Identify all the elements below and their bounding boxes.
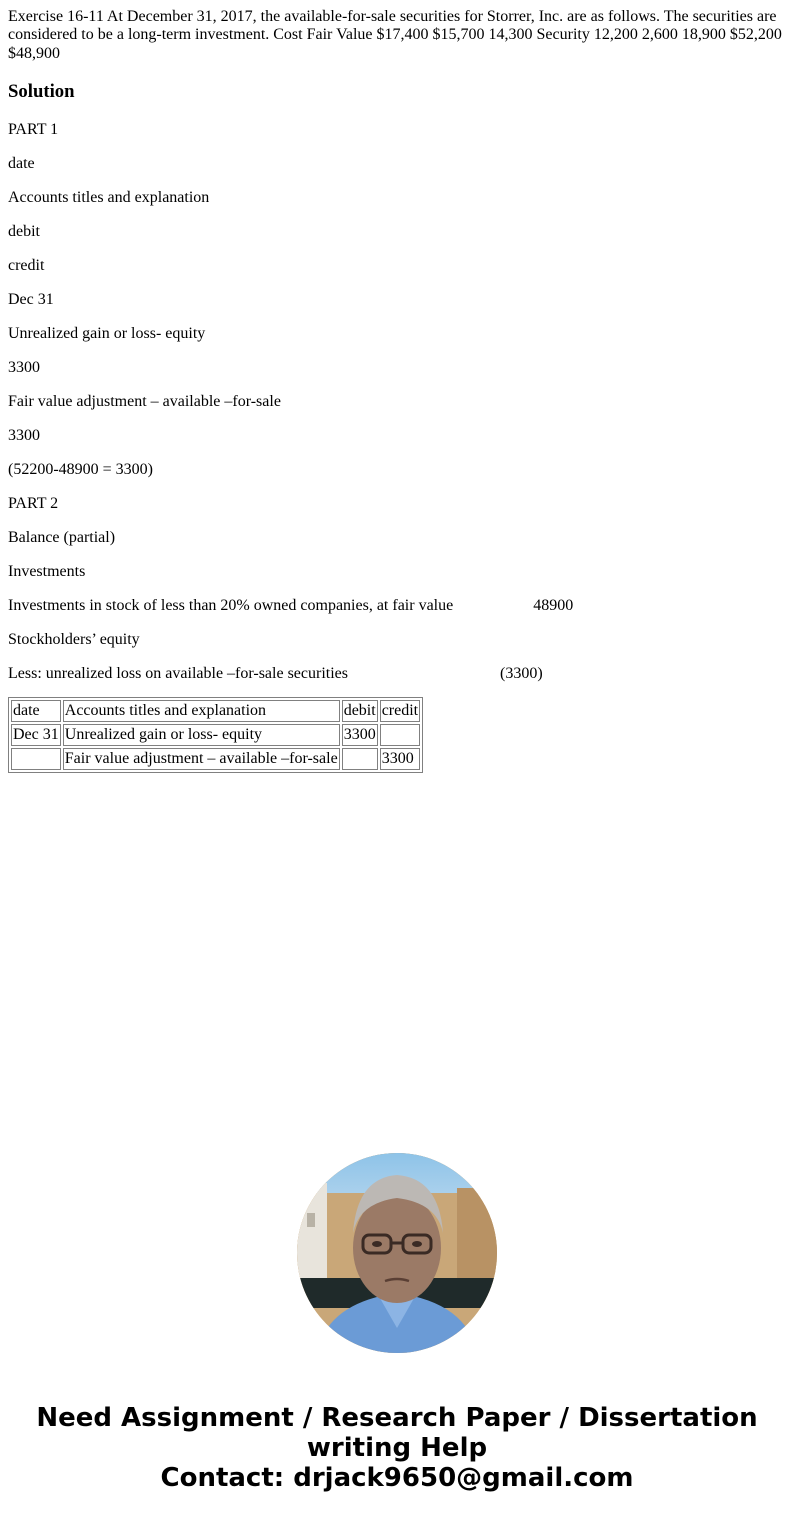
- part1-line: Fair value adjustment – available –for-s…: [8, 393, 786, 411]
- equity-label: Stockholders’ equity: [8, 631, 786, 649]
- banner-line-2: writing Help: [0, 1433, 794, 1463]
- equity-line: Less: unrealized loss on available –for-…: [8, 665, 786, 683]
- part1-calculation: (52200-48900 = 3300): [8, 461, 786, 479]
- author-portrait-icon: [297, 1153, 497, 1353]
- table-row: Dec 31 Unrealized gain or loss- equity 3…: [11, 724, 420, 746]
- part1-line: Dec 31: [8, 291, 786, 309]
- table-header-cell: date: [11, 700, 61, 722]
- table-cell: Dec 31: [11, 724, 61, 746]
- solution-heading: Solution: [8, 81, 786, 103]
- table-cell: Unrealized gain or loss- equity: [63, 724, 340, 746]
- table-header-cell: credit: [380, 700, 420, 722]
- author-avatar: [297, 1153, 497, 1353]
- table-cell: 3300: [380, 748, 420, 770]
- table-header-cell: Accounts titles and explanation: [63, 700, 340, 722]
- table-header-row: date Accounts titles and explanation deb…: [11, 700, 420, 722]
- investments-line-text: Investments in stock of less than 20% ow…: [8, 597, 453, 614]
- banner-line-1: Need Assignment / Research Paper / Disse…: [0, 1403, 794, 1433]
- contact-banner: Need Assignment / Research Paper / Disse…: [0, 1403, 794, 1493]
- part2-label: PART 2: [8, 495, 786, 513]
- table-header-cell: debit: [342, 700, 378, 722]
- table-row: Fair value adjustment – available –for-s…: [11, 748, 420, 770]
- document-body: Exercise 16-11 At December 31, 2017, the…: [0, 0, 794, 773]
- part1-line: credit: [8, 257, 786, 275]
- investments-line: Investments in stock of less than 20% ow…: [8, 597, 786, 615]
- balance-label: Balance (partial): [8, 529, 786, 547]
- table-cell: Fair value adjustment – available –for-s…: [63, 748, 340, 770]
- part1-line: Unrealized gain or loss- equity: [8, 325, 786, 343]
- part1-label: PART 1: [8, 121, 786, 139]
- equity-line-text: Less: unrealized loss on available –for-…: [8, 665, 348, 682]
- part1-line: debit: [8, 223, 786, 241]
- contact-email: Contact: drjack9650@gmail.com: [0, 1463, 794, 1493]
- table-cell: [11, 748, 61, 770]
- investments-line-amount: 48900: [533, 597, 573, 614]
- part1-line: Accounts titles and explanation: [8, 189, 786, 207]
- table-cell: [342, 748, 378, 770]
- part1-line: date: [8, 155, 786, 173]
- investments-label: Investments: [8, 563, 786, 581]
- table-cell: [380, 724, 420, 746]
- journal-entry-table: date Accounts titles and explanation deb…: [8, 697, 423, 773]
- part1-line: 3300: [8, 359, 786, 377]
- equity-line-amount: (3300): [500, 665, 543, 682]
- part1-line: 3300: [8, 427, 786, 445]
- table-cell: 3300: [342, 724, 378, 746]
- question-text: Exercise 16-11 At December 31, 2017, the…: [8, 8, 786, 63]
